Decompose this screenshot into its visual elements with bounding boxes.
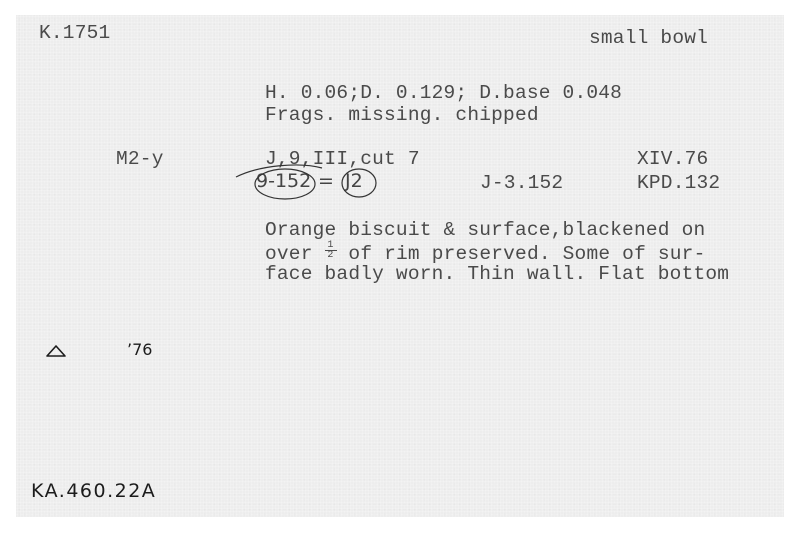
- description-line-3: face badly worn. Thin wall. Flat bottom: [265, 263, 729, 285]
- description-line-1: Orange biscuit & surface,blackened on: [265, 219, 705, 241]
- description-line-2-prefix: over: [265, 243, 325, 265]
- half-fraction: 12: [325, 241, 337, 260]
- year-note: ’76: [127, 340, 152, 359]
- description-line-2-suffix: of rim preserved. Some of sur-: [337, 243, 706, 265]
- catalog-ref: KPD.132: [637, 172, 720, 194]
- accession-label: KA.460.22A: [31, 480, 156, 502]
- excavation-number: J-3.152: [480, 172, 563, 194]
- triangle-icon: [45, 344, 67, 358]
- fraction-denominator: 2: [325, 251, 337, 260]
- description-line-2: over 12 of rim preserved. Some of sur-: [265, 241, 705, 265]
